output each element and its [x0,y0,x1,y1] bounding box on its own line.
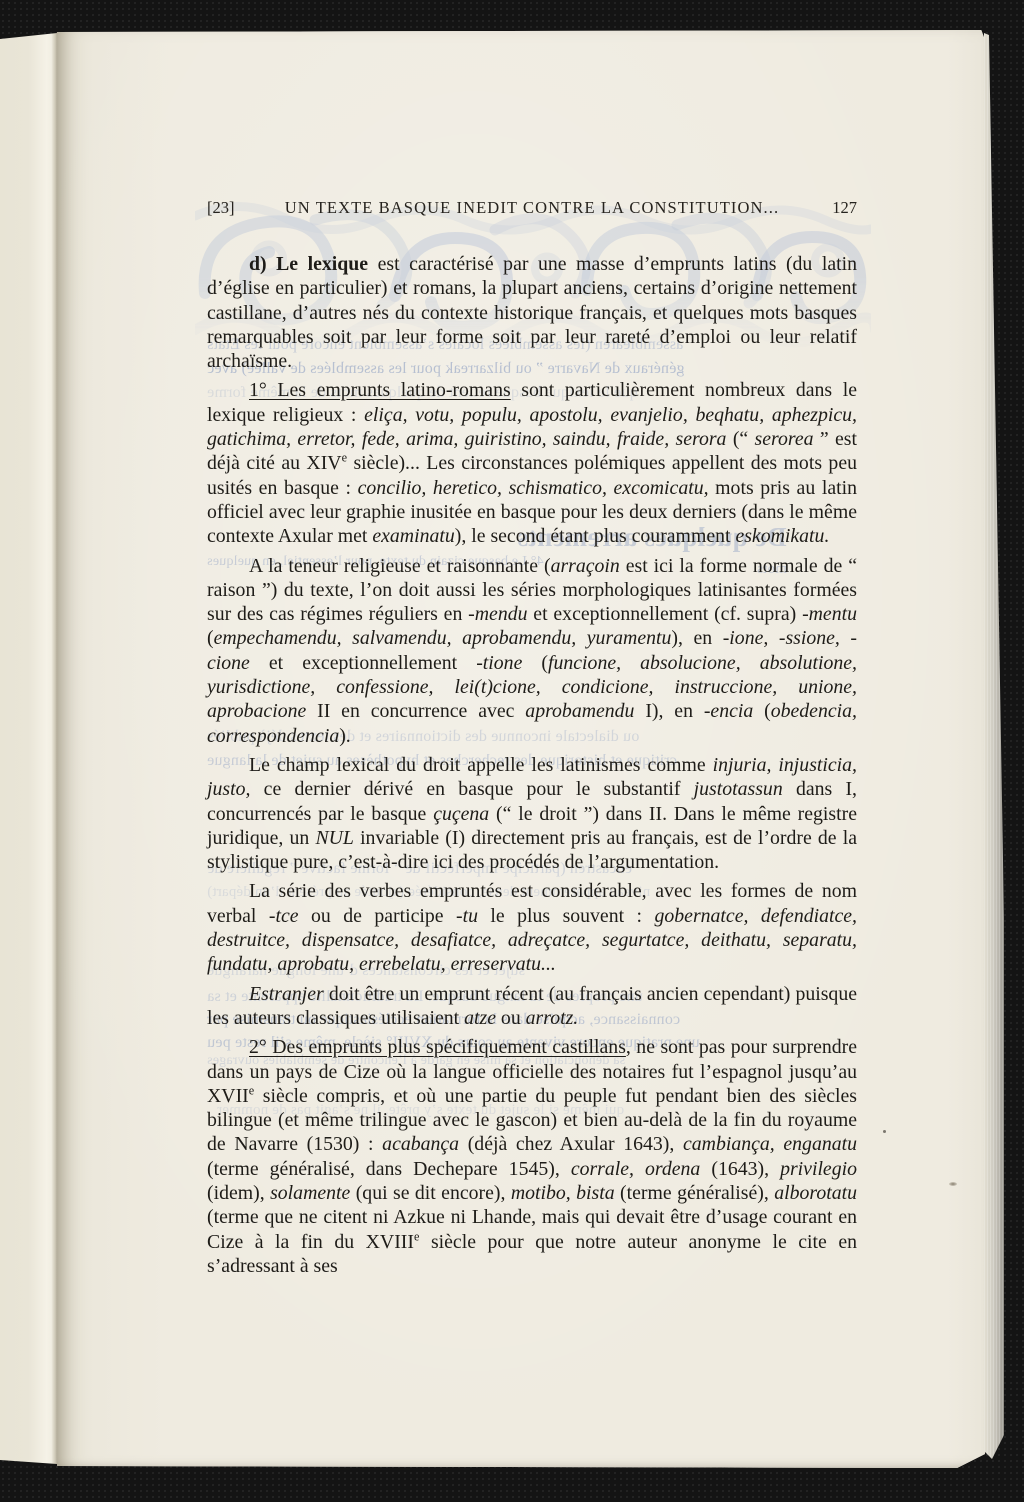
header-running-title: UN TEXTE BASQUE INEDIT CONTRE LA CONSTIT… [277,198,787,218]
paragraph: La série des verbes empruntés est consid… [207,879,857,976]
page-header: [23] UN TEXTE BASQUE INEDIT CONTRE LA CO… [207,198,857,218]
ink-speck [883,1130,886,1133]
text-block: [23] UN TEXTE BASQUE INEDIT CONTRE LA CO… [207,198,857,1278]
paragraph: d) Le lexique est caractérisé par une ma… [207,252,857,373]
facing-page-edge [0,33,57,1464]
book-page: assemblearen (les assemblées locales s’a… [57,30,985,1468]
header-section-ref: [23] [207,198,277,218]
ink-blemish [949,1182,957,1186]
paragraph: Estranjer doit être un emprunt récent (a… [207,982,857,1031]
paragraph: Le champ lexical du droit appelle les la… [207,753,857,874]
body-text: d) Le lexique est caractérisé par une ma… [207,252,857,1278]
paragraph: 2° Des emprunts plus spécifiquement cast… [207,1035,857,1278]
paragraph: A la teneur religieuse et raisonnante (a… [207,554,857,748]
header-page-number: 127 [787,198,857,218]
paragraph: 1° Les emprunts latino-romans sont parti… [207,378,857,548]
fore-edge-page-stack [984,33,1004,1461]
scanned-book-photo: assemblearen (les assemblées locales s’a… [0,0,1024,1502]
